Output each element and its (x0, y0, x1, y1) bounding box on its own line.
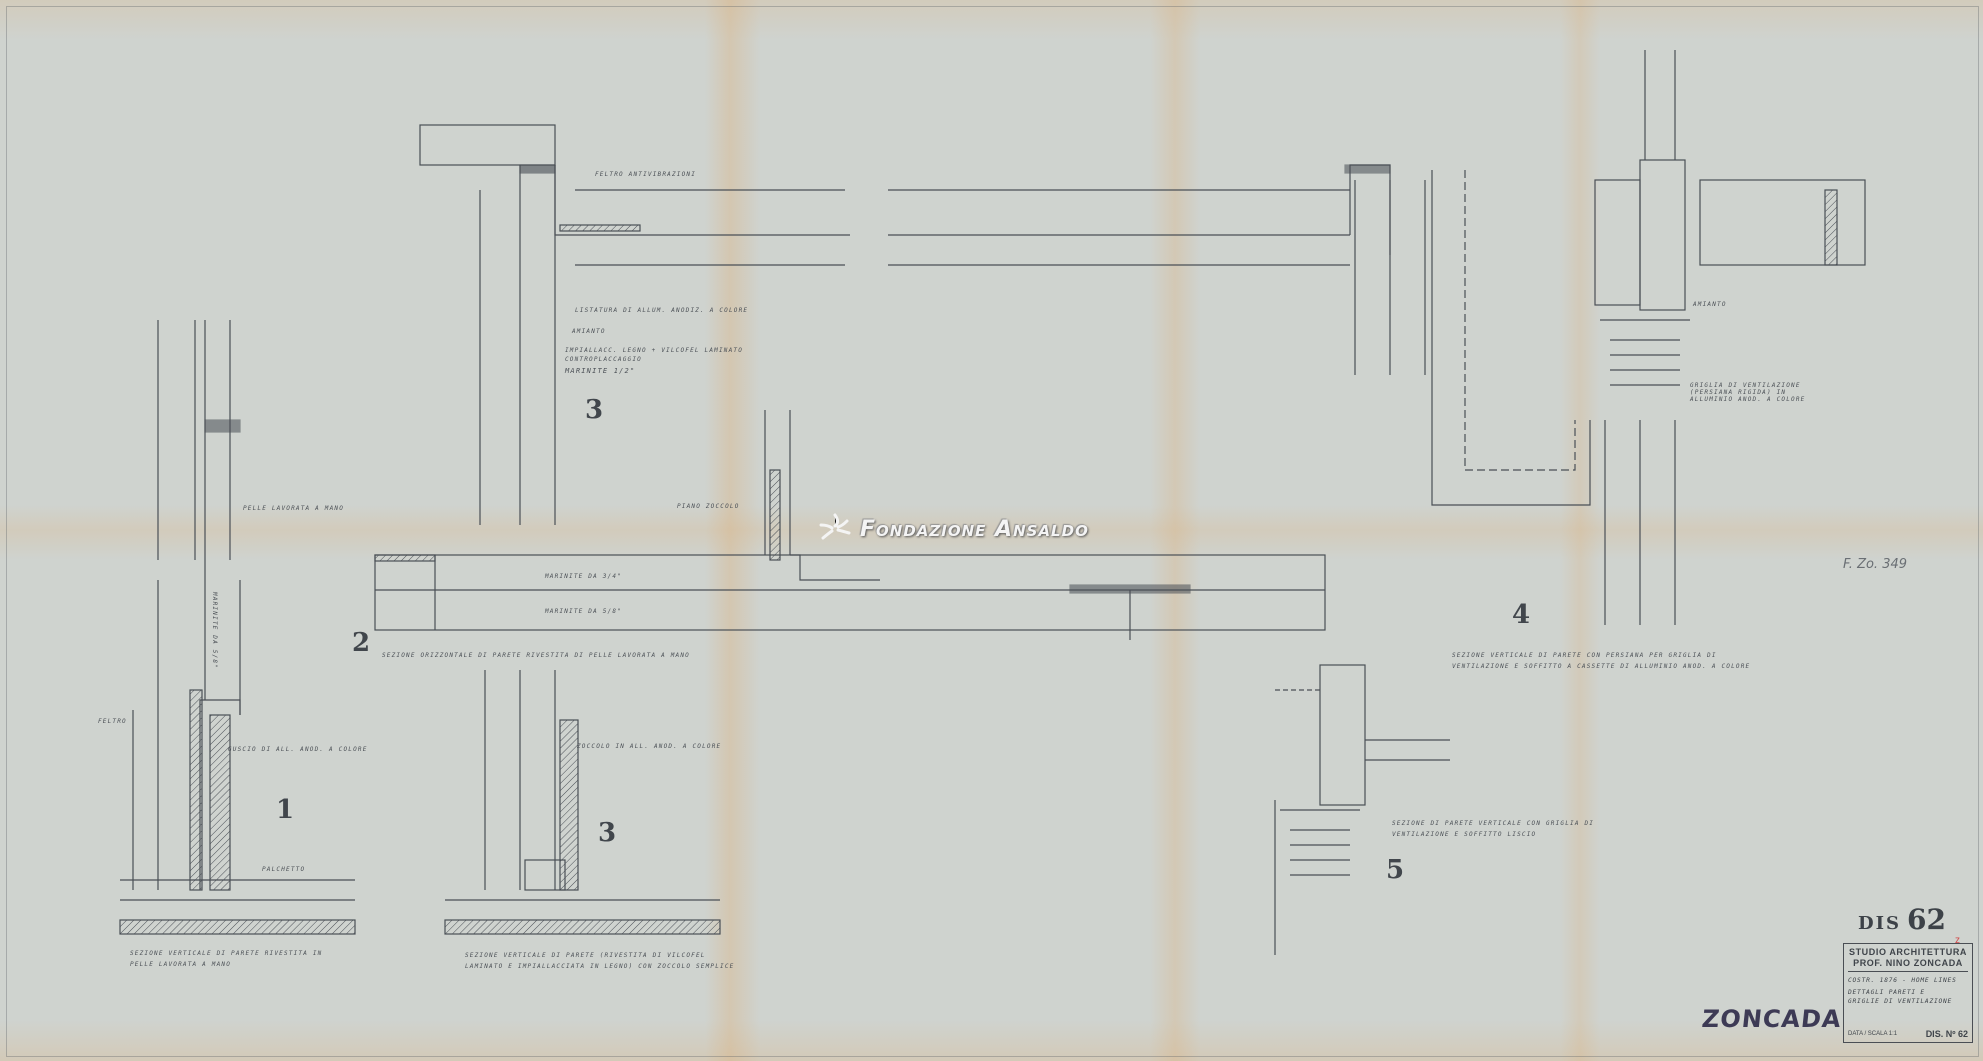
watermark-logo: Fondazione Ansaldo (818, 512, 1089, 546)
caption-1-line1: SEZIONE VERTICALE DI PARETE RIVESTITA IN (130, 950, 323, 957)
detail-number-3-upper: 3 (585, 395, 603, 425)
studio-name-line1: STUDIO ARCHITETTURA (1844, 947, 1972, 958)
caption-2: SEZIONE ORIZZONTALE DI PARETE RIVESTITA … (382, 652, 690, 659)
detail-number-2: 2 (352, 628, 370, 658)
detail-5-section (1275, 665, 1450, 955)
title-block: STUDIO ARCHITETTURA PROF. NINO ZONCADA C… (1843, 943, 1973, 1043)
note-grille-4: GRIGLIA DI VENTILAZIONE (PERSIANA RIGIDA… (1690, 382, 1810, 403)
sheet-number-value: 62 (1907, 903, 1946, 936)
detail-number-3-lower: 3 (598, 818, 616, 848)
title-block-divider (1848, 971, 1968, 972)
note-marinite-half: MARINITE 1/2" (565, 367, 635, 375)
archive-code: F. Zo. 349 (1843, 557, 1907, 572)
caption-4-line1: SEZIONE VERTICALE DI PARETE CON PERSIANA… (1452, 652, 1717, 659)
project-name: COSTR. 1876 - HOME LINES (1848, 977, 1968, 984)
note-anodized-cove: GUSCIO DI ALL. ANOD. A COLORE (228, 746, 368, 753)
scale-label: DATA / SCALA 1:1 (1848, 1031, 1897, 1037)
caption-5-line1: SEZIONE DI PARETE VERTICALE CON GRIGLIA … (1392, 820, 1594, 827)
caption-3-line2: LAMINATO E IMPIALLACCIATA IN LEGNO) CON … (465, 963, 735, 970)
note-skirting: PALCHETTO (262, 866, 305, 873)
caption-1-line2: PELLE LAVORATA A MANO (130, 961, 231, 968)
sheet-number-prefix: DIS (1858, 913, 1901, 934)
sheet-number: DIS62 (1858, 903, 1946, 936)
note-marinite-vertical: MARINITE DA 5/8" (211, 592, 218, 669)
detail-3-lower-section (445, 670, 720, 934)
caption-5-line2: VENTILAZIONE E SOFFITTO LISCIO (1392, 831, 1536, 838)
note-veneer: IMPIALLACC. LEGNO + VILCOFEL LAMINATO (565, 347, 743, 354)
note-felt: FELTRO ANTIVIBRAZIONI (595, 171, 696, 178)
note-marinite-5-8: MARINITE DA 5/8" (545, 608, 622, 615)
drawing-number: DIS. Nº 62 (1926, 1029, 1968, 1039)
note-plain-plinth: PIANO ZOCCOLO (677, 503, 740, 510)
detail-3-upper-section (420, 125, 850, 525)
title-block-footer: DATA / SCALA 1:1 DIS. Nº 62 (1848, 1029, 1968, 1039)
watermark-text: Fondazione Ansaldo (860, 517, 1089, 542)
note-marinite-3-4: MARINITE DA 3/4" (545, 573, 622, 580)
detail-4-section (1432, 50, 1865, 625)
architect-signature: ZONCADA (1701, 1005, 1844, 1033)
note-leather: PELLE LAVORATA A MANO (243, 505, 344, 512)
subject-line1: DETTAGLI PARETI E (1848, 989, 1968, 996)
note-aluminum-strip: LISTATURA DI ALLUM. ANODIZ. A COLORE (575, 307, 748, 314)
subject-line2: GRIGLIE DI VENTILAZIONE (1848, 998, 1968, 1005)
note-backing: CONTROPLACCAGGIO (565, 356, 642, 363)
studio-name-line2: PROF. NINO ZONCADA (1844, 958, 1972, 969)
caption-4-line2: VENTILAZIONE E SOFFITTO A CASSETTE DI AL… (1452, 663, 1750, 670)
note-anodized-plinth: ZOCCOLO IN ALL. ANOD. A COLORE (577, 743, 721, 750)
detail-number-4: 4 (1512, 600, 1530, 630)
detail-3-horizontal-section (888, 165, 1425, 375)
detail-number-5: 5 (1386, 855, 1404, 885)
detail-1-section (120, 320, 355, 934)
detail-number-1: 1 (276, 795, 294, 825)
note-deck: FELTRO (98, 718, 127, 725)
caption-3-line1: SEZIONE VERTICALE DI PARETE (RIVESTITA D… (465, 952, 706, 959)
note-asbestos-4: AMIANTO (1693, 301, 1727, 308)
note-asbestos: AMIANTO (572, 328, 606, 335)
sunburst-icon (818, 512, 852, 546)
drawing-sheet: Fondazione Ansaldo 1 2 3 3 4 5 SEZIONE V… (0, 0, 1983, 1061)
